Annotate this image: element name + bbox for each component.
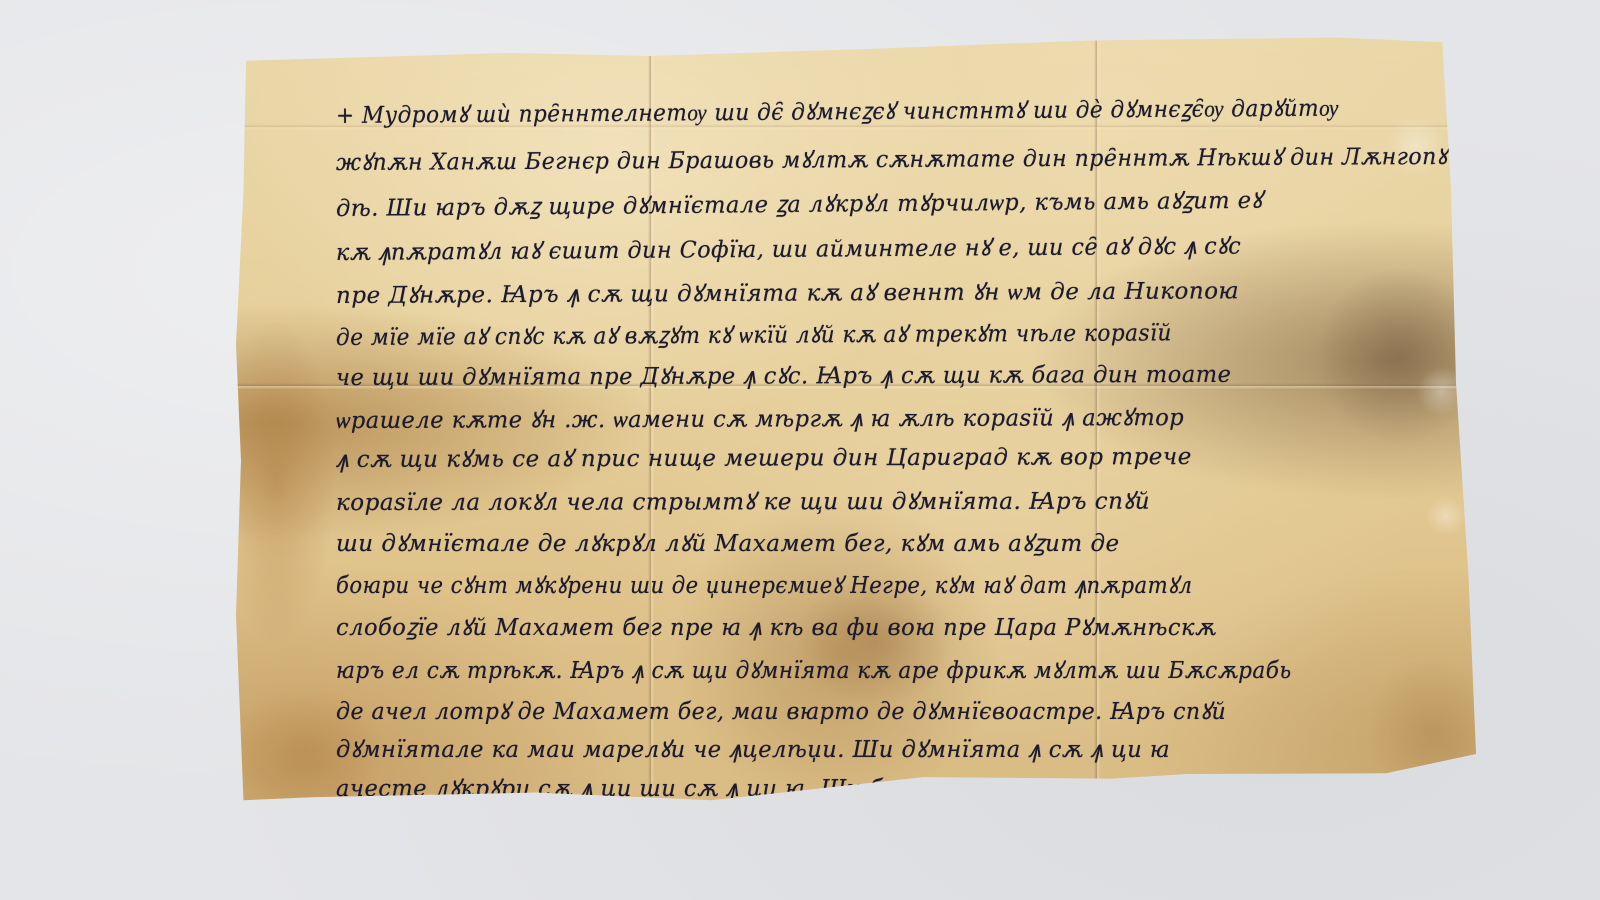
manuscript-line: дꙋмнїятале ка маи марелꙋи че ꙟцелѣџи. Ши… <box>336 732 1170 764</box>
manuscript-line: жꙋпѫн Ханѫш Бегнєр дин Брашовь мꙋлтѫ сѫн… <box>336 139 1448 177</box>
manuscript-line: ꙟ сѫ щи кꙋмь се аꙋ прис нище мешери дин … <box>336 439 1192 474</box>
manuscript-line: че щи ши дꙋмнїята пре Дꙋнѫре ꙟ сꙋс. Ꙗръ … <box>336 357 1232 392</box>
manuscript-line: слобоꙁїе лꙋй Махамет бег пре ꙗ ꙟ кѣ ва ф… <box>336 610 1216 642</box>
water-stain <box>216 316 336 646</box>
manuscript-line: ѡрашеле кѫте ꙋн .ж. ѡамени сѫ мѣргѫ ꙟ ꙗ … <box>336 400 1184 435</box>
manuscript-parchment: + Мудромꙋ шѝ пре̑ннтелнетѹ ши дє̑ дꙋмнєꙁ… <box>236 36 1486 808</box>
manuscript-line: дѣ. Ши ꙗръ дѫꙁ щире дꙋмнїєтале ꙁа лꙋкрꙋл… <box>336 183 1263 223</box>
manuscript-line: ши дꙋмнїєтале де лꙋкрꙋл лꙋй Махамет бег,… <box>336 526 1120 558</box>
manuscript-line: де ачел лотрꙋ де Махамет бег, маи вꙗрто … <box>336 694 1226 726</box>
manuscript-line: кораѕїле ла локꙋл чела стрымтꙋ ке щи ши … <box>336 484 1150 517</box>
photo-scene: + Мудромꙋ шѝ пре̑ннтелнетѹ ши дє̑ дꙋмнєꙁ… <box>0 0 1600 900</box>
water-stain <box>1366 656 1496 806</box>
manuscript-line: + Мудромꙋ шѝ пре̑ннтелнетѹ ши дє̑ дꙋмнєꙁ… <box>336 91 1339 130</box>
manuscript-line: де мїе мїе аꙋ спꙋс кѫ аꙋ вѫꙁꙋт кꙋ ѡкїй л… <box>336 315 1172 352</box>
manuscript-line: боꙗри че сꙋнт мꙋкꙋрени ши де џинерємиеꙋ … <box>336 568 1192 600</box>
manuscript-line: пре Дꙋнѫре. Ꙗръ ꙟ сѫ щи дꙋмнїята кѫ аꙋ в… <box>336 273 1239 310</box>
water-stain <box>1316 266 1486 446</box>
manuscript-line: ачесте лꙋкрꙋри сѫ ꙟ ци ши сѫ ꙟ ци ꙗ. Ши … <box>336 771 1183 803</box>
glare-spot <box>1416 366 1466 416</box>
manuscript-line: кѫ ꙟпѫратꙋл ꙗꙋ єшит дин Софїꙗ, ши айминт… <box>336 228 1241 267</box>
glare-spot <box>1426 496 1466 536</box>
manuscript-line: ꙗръ ел сѫ трѣкѫ. Ꙗръ ꙟ сѫ щи дꙋмнїята кѫ… <box>336 653 1292 685</box>
